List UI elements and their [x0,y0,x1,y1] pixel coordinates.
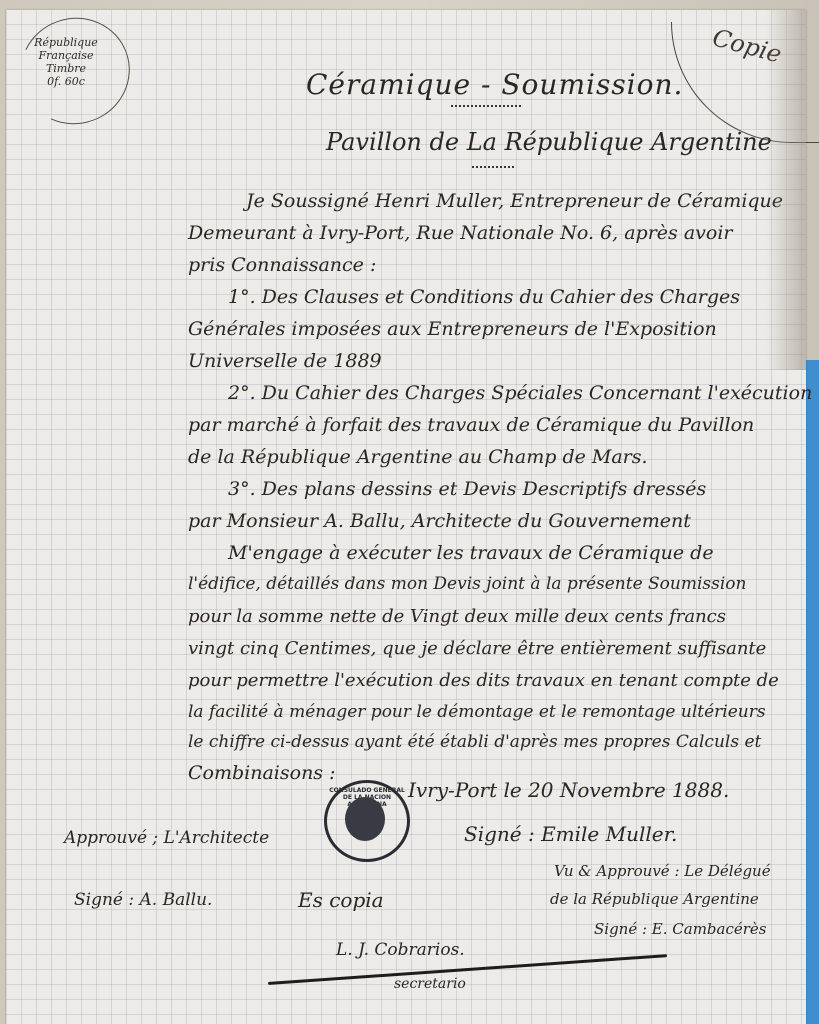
stamp-line: 0f. 60c [26,75,106,88]
body-line: 3°. Des plans dessins et Devis Descripti… [228,478,706,500]
title-underline [451,102,521,107]
body-line: Demeurant à Ivry-Port, Rue Nationale No.… [188,222,733,244]
body-line: Je Soussigné Henri Muller, Entrepreneur … [246,190,783,212]
stamp-line: République [26,36,106,49]
architect-signature: Signé : A. Ballu. [74,890,212,910]
coat-of-arms-icon [345,797,385,841]
body-line: par marché à forfait des travaux de Céra… [188,414,754,436]
body-line: M'engage à exécuter les travaux de Céram… [228,542,714,564]
body-line: la facilité à ménager pour le démontage … [188,702,766,722]
body-line: pour permettre l'exécution des dits trav… [188,670,779,691]
certification-es-copia: Es copia [298,888,384,912]
signature-rule [268,954,667,985]
body-line: vingt cinq Centimes, que je déclare être… [188,638,766,659]
delegate-signature: Signé : E. Cambacérès [594,920,767,938]
consulate-seal: CONSULADO GENERAL DE LA NACION ARGENTINA [324,780,410,862]
stamp-line: Timbre [26,62,106,75]
body-line: Générales imposées aux Entrepreneurs de … [188,318,717,340]
subtitle-underline [472,163,514,168]
revenue-stamp: République Française Timbre 0f. 60c [26,36,106,88]
body-line: Universelle de 1889 [188,350,382,372]
contractor-signature: Signé : Emile Muller. [464,822,677,846]
body-line: l'édifice, détaillés dans mon Devis join… [188,574,747,594]
certification-signature: L. J. Cobrarios. [336,940,465,960]
handwritten-document-page: République Française Timbre 0f. 60c Copi… [6,10,806,1024]
stamp-line: Française [26,49,106,62]
body-line: le chiffre ci-dessus ayant été établi d'… [188,732,761,752]
blue-backing-edge [805,360,819,1024]
body-line: pris Connaissance : [188,254,376,276]
body-line: 1°. Des Clauses et Conditions du Cahier … [228,286,740,308]
body-line: de la République Argentine au Champ de M… [188,446,648,468]
document-subtitle: Pavillon de La République Argentine [326,128,772,156]
delegate-approval-line: de la République Argentine [550,890,759,908]
certification-role: secretario [394,976,466,992]
delegate-approval-line: Vu & Approuvé : Le Délégué [554,862,771,880]
document-title: Céramique - Soumission. [306,68,683,101]
body-line: par Monsieur A. Ballu, Architecte du Gou… [188,510,691,532]
body-line: Combinaisons : [188,762,336,784]
body-line: 2°. Du Cahier des Charges Spéciales Conc… [228,382,812,404]
place-and-date: Ivry-Port le 20 Novembre 1888. [408,778,729,802]
body-line: pour la somme nette de Vingt deux mille … [188,606,726,627]
architect-approval: Approuvé ; L'Architecte [64,828,269,848]
